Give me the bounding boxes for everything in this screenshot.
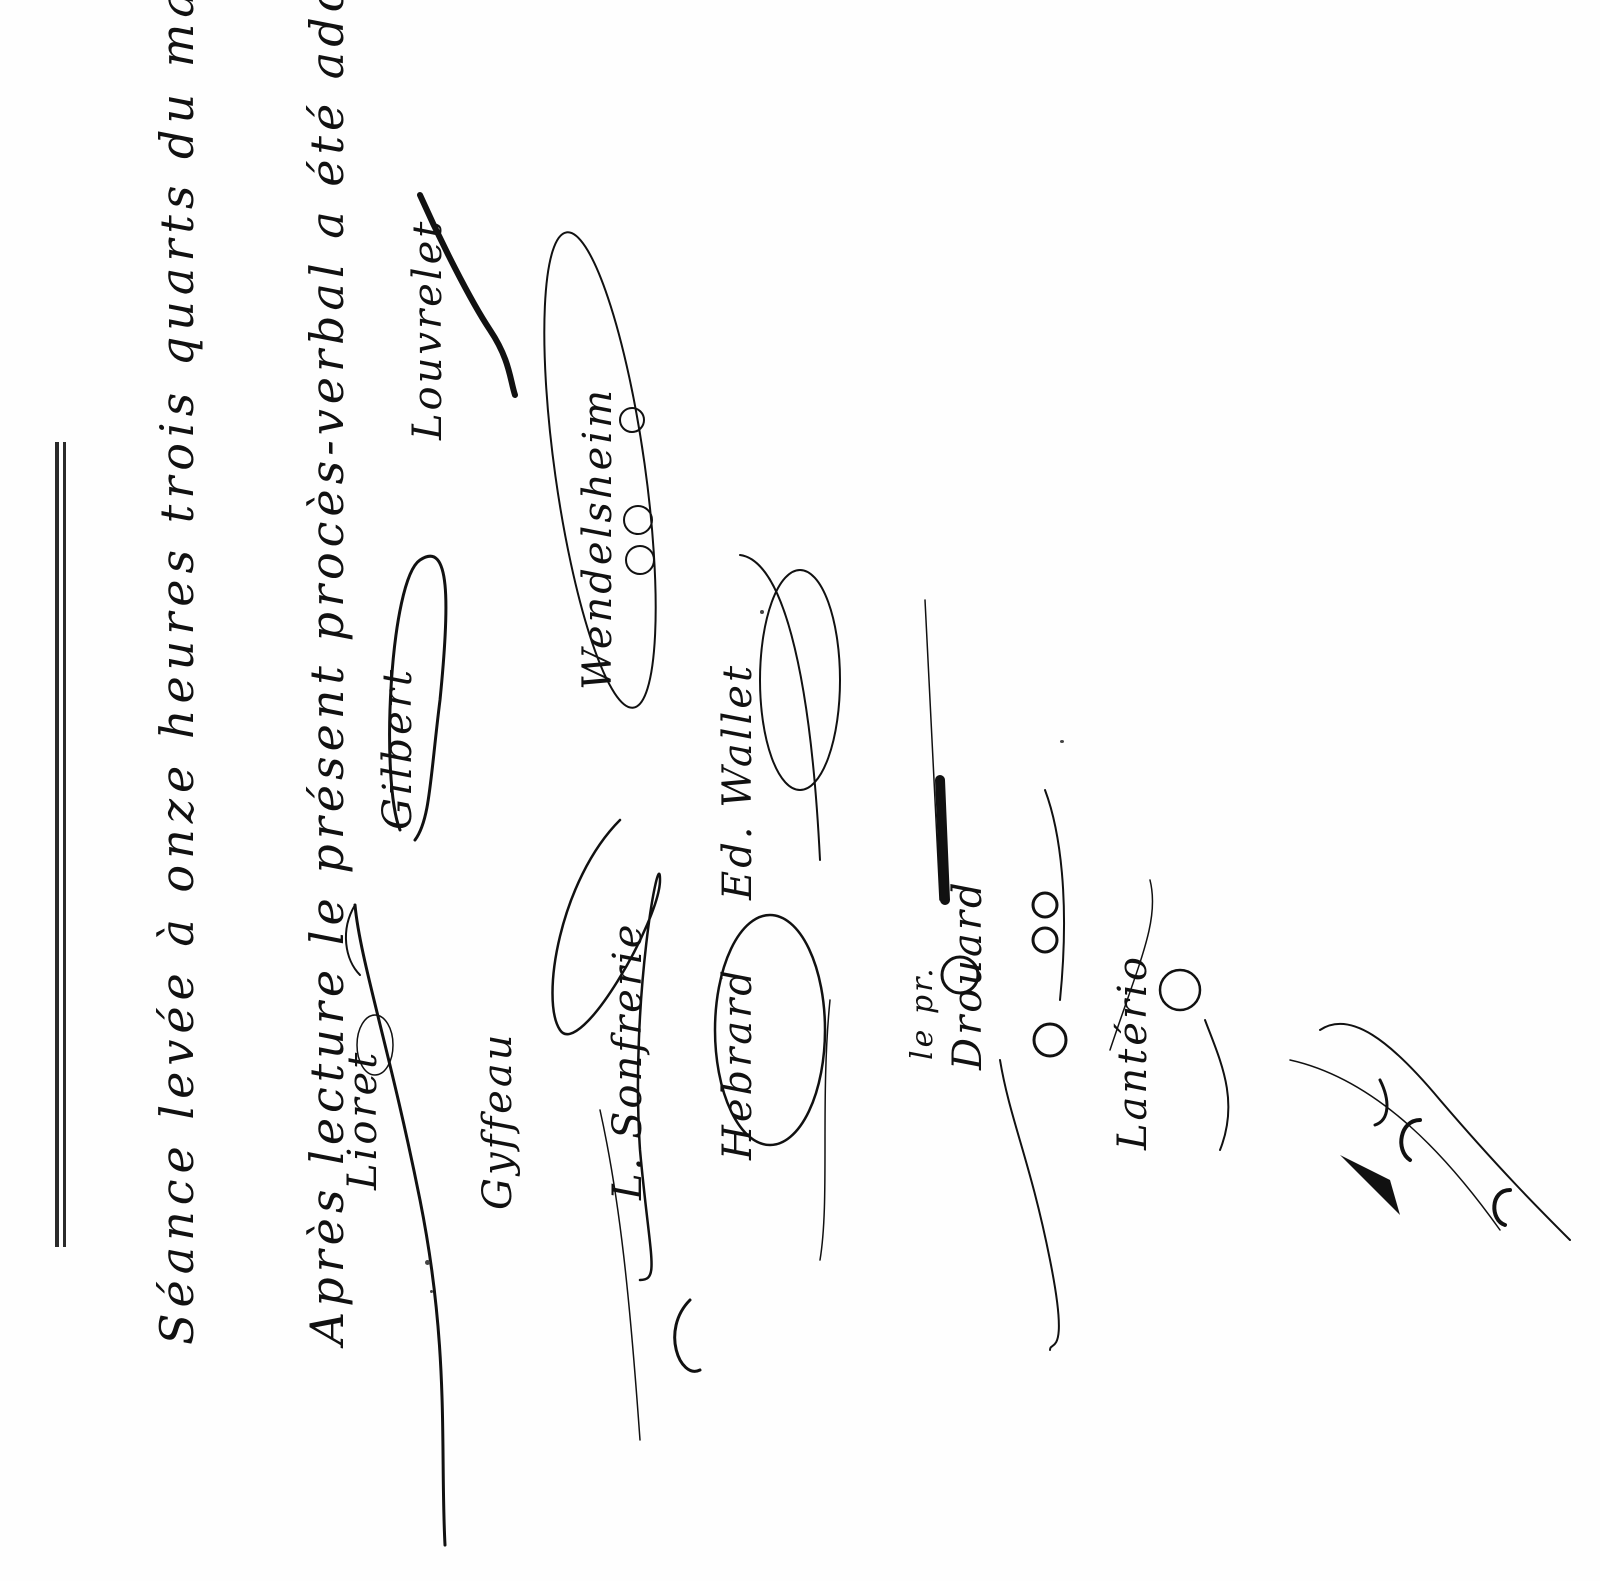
- signature-gyffeau: Gyffeau: [475, 1032, 521, 1210]
- double-rule-left: [55, 442, 59, 1247]
- ink-speck: [425, 1260, 430, 1265]
- signature-flourishes: [0, 0, 1600, 1581]
- signature-lanterio: Lantério: [1110, 954, 1156, 1150]
- minutes-line-1: Séance levée à onze heures trois quarts …: [150, 0, 204, 1345]
- scanned-page: Séance levée à onze heures trois quarts …: [0, 0, 1600, 1581]
- ink-speck: [760, 610, 764, 614]
- signature-gilbert: Gilbert: [375, 667, 421, 830]
- double-rule-right: [63, 442, 66, 1247]
- signature-louvrelet: Louvrelet: [405, 219, 451, 440]
- signature-wallet: Ed. Wallet: [715, 663, 761, 900]
- signature-hebrard: Hebrard: [715, 967, 761, 1160]
- ink-speck: [1060, 740, 1064, 743]
- signature-sonfrerie: L. Sonfrerie: [605, 922, 651, 1200]
- signature-wendelsheim: Wendelsheim: [575, 387, 621, 690]
- ink-speck: [430, 1290, 433, 1293]
- signature-drouard-title: le pr.: [905, 965, 940, 1060]
- ink-blot-icon: [1340, 1155, 1400, 1215]
- signature-drouard: Drouard: [945, 879, 991, 1070]
- signature-lioret: Lioret: [340, 1050, 386, 1190]
